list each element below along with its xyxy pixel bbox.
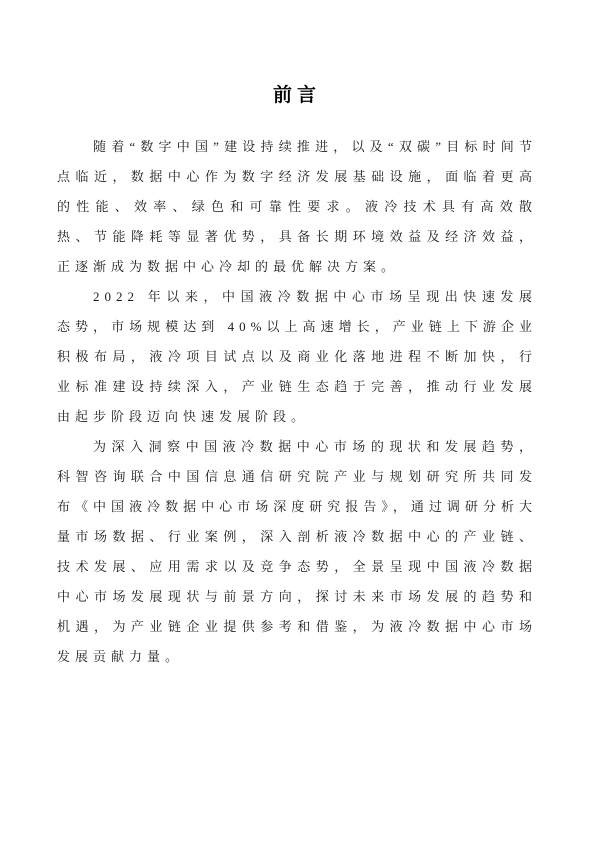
page-title: 前言 — [57, 84, 537, 108]
paragraph-1: 随着“数字中国”建设持续推进，以及“双碳”目标时间节点临近，数据中心作为数字经济… — [57, 132, 537, 282]
paragraph-3: 为深入洞察中国液冷数据中心市场的现状和发展趋势，科智咨询联合中国信息通信研究院产… — [57, 432, 537, 672]
paragraph-2: 2022 年以来，中国液冷数据中心市场呈现出快速发展态势，市场规模达到 40%以… — [57, 282, 537, 432]
document-page: 前言 随着“数字中国”建设持续推进，以及“双碳”目标时间节点临近，数据中心作为数… — [0, 0, 595, 841]
preface-body: 随着“数字中国”建设持续推进，以及“双碳”目标时间节点临近，数据中心作为数字经济… — [57, 132, 537, 672]
